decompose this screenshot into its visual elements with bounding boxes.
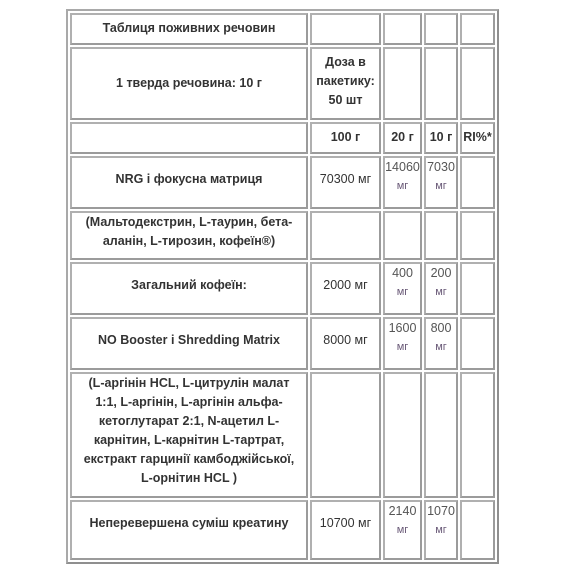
empty-cell <box>310 372 381 498</box>
value-per-100g: 8000 мг <box>310 317 381 370</box>
nutrient-name: NRG і фокусна матриця <box>70 156 308 209</box>
empty-cell <box>383 372 422 498</box>
value-number: 14060 <box>385 158 420 177</box>
composition-line: 1:1, L-аргінін, L-аргінін альфа- <box>72 393 306 412</box>
value-ri <box>460 156 495 209</box>
nutrient-composition: (L-аргінін HCL, L-цитрулін малат 1:1, L-… <box>70 372 308 498</box>
composition-line: (L-аргінін HCL, L-цитрулін малат <box>72 374 306 393</box>
composition-line: L-орнітин HCL ) <box>72 469 306 488</box>
empty-cell <box>383 47 422 120</box>
nutrition-table: Таблиця поживних речовин 1 тверда речови… <box>66 9 499 564</box>
column-header-20g: 20 г <box>383 122 422 154</box>
value-per-100g: 2000 мг <box>310 262 381 315</box>
dose-line: пакетику: <box>312 72 379 91</box>
table-row-headers: 100 г 20 г 10 г RI%* <box>70 122 495 154</box>
column-header-ri: RI%* <box>460 122 495 154</box>
value-unit: мг <box>426 177 456 196</box>
value-ri <box>460 262 495 315</box>
column-header-100g: 100 г <box>310 122 381 154</box>
value-unit: мг <box>385 177 420 196</box>
value-number: 7030 <box>426 158 456 177</box>
composition-line: кетоглутарат 2:1, N-ацетил L- <box>72 412 306 431</box>
empty-cell <box>460 211 495 260</box>
value-number: 800 <box>426 319 456 338</box>
table-row-title: Таблиця поживних речовин <box>70 13 495 45</box>
empty-cell <box>460 372 495 498</box>
value-per-10g: 800 мг <box>424 317 458 370</box>
composition-line: екстракт гарцинії камбоджійської, <box>72 450 306 469</box>
table-row: NRG і фокусна матриця 70300 мг 14060 мг … <box>70 156 495 209</box>
value-unit: мг <box>385 521 420 540</box>
empty-cell <box>460 47 495 120</box>
composition-line: (Мальтодекстрин, L-таурин, бета- <box>72 213 306 232</box>
value-per-10g: 7030 мг <box>424 156 458 209</box>
empty-cell <box>424 211 458 260</box>
table-row-serving: 1 тверда речовина: 10 г Доза в пакетику:… <box>70 47 495 120</box>
value-per-10g: 200 мг <box>424 262 458 315</box>
value-per-20g: 1600 мг <box>383 317 422 370</box>
column-header-10g: 10 г <box>424 122 458 154</box>
value-ri <box>460 500 495 560</box>
value-number: 1600 <box>385 319 420 338</box>
value-unit: мг <box>426 521 456 540</box>
value-per-20g: 14060 мг <box>383 156 422 209</box>
value-unit: мг <box>426 283 456 302</box>
value-per-100g: 70300 мг <box>310 156 381 209</box>
value-per-10g: 1070 мг <box>424 500 458 560</box>
value-unit: мг <box>385 283 420 302</box>
table-row: Загальний кофеїн: 2000 мг 400 мг 200 мг <box>70 262 495 315</box>
value-ri <box>460 317 495 370</box>
value-number: 1070 <box>426 502 456 521</box>
table-row: NO Booster і Shredding Matrix 8000 мг 16… <box>70 317 495 370</box>
empty-cell <box>383 13 422 45</box>
empty-cell <box>70 122 308 154</box>
nutrient-name: NO Booster і Shredding Matrix <box>70 317 308 370</box>
nutrient-name: Загальний кофеїн: <box>70 262 308 315</box>
nutrient-name: Неперевершена суміш креатину <box>70 500 308 560</box>
value-number: 200 <box>426 264 456 283</box>
value-number: 2140 <box>385 502 420 521</box>
table-row: (Мальтодекстрин, L-таурин, бета- аланін,… <box>70 211 495 260</box>
dose-per-pack-label: Доза в пакетику: 50 шт <box>310 47 381 120</box>
value-per-100g: 10700 мг <box>310 500 381 560</box>
dose-line: Доза в <box>312 53 379 72</box>
composition-line: карнітин, L-карнітин L-тартрат, <box>72 431 306 450</box>
composition-line: аланін, L-тирозин, кофеїн®) <box>72 232 306 251</box>
value-per-20g: 400 мг <box>383 262 422 315</box>
value-unit: мг <box>426 338 456 357</box>
value-per-20g: 2140 мг <box>383 500 422 560</box>
nutrient-composition: (Мальтодекстрин, L-таурин, бета- аланін,… <box>70 211 308 260</box>
empty-cell <box>310 211 381 260</box>
empty-cell <box>310 13 381 45</box>
serving-size-label: 1 тверда речовина: 10 г <box>70 47 308 120</box>
empty-cell <box>460 13 495 45</box>
empty-cell <box>424 47 458 120</box>
empty-cell <box>383 211 422 260</box>
table-row: (L-аргінін HCL, L-цитрулін малат 1:1, L-… <box>70 372 495 498</box>
value-number: 400 <box>385 264 420 283</box>
empty-cell <box>424 13 458 45</box>
value-unit: мг <box>385 338 420 357</box>
table-row: Неперевершена суміш креатину 10700 мг 21… <box>70 500 495 560</box>
table-title: Таблиця поживних речовин <box>70 13 308 45</box>
empty-cell <box>424 372 458 498</box>
dose-line: 50 шт <box>312 91 379 110</box>
